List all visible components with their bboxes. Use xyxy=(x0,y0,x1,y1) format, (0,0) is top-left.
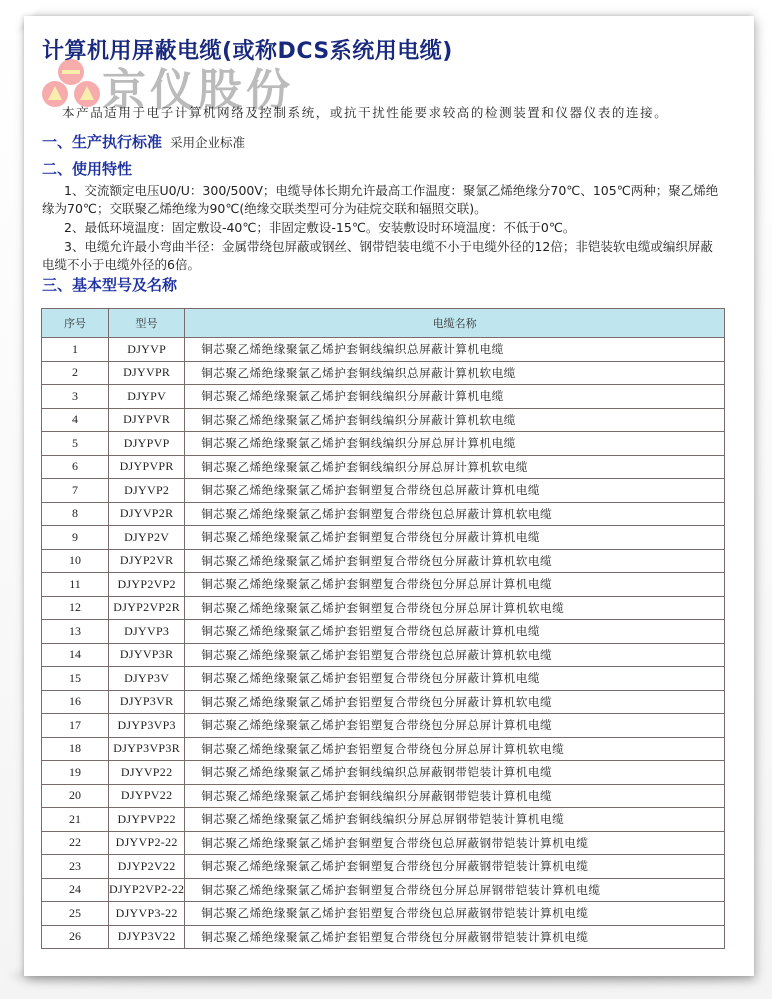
cell-no: 4 xyxy=(42,408,109,432)
cell-no: 7 xyxy=(42,479,109,503)
table-row: 7DJYVP2铜芯聚乙烯绝缘聚氯乙烯护套铜塑复合带绕包总屏蔽计算机电缆 xyxy=(42,479,725,503)
model-table: 序号 型号 电缆名称 1DJYVP铜芯聚乙烯绝缘聚氯乙烯护套铜线编织总屏蔽计算机… xyxy=(41,308,725,949)
cell-name: 铜芯聚乙烯绝缘聚氯乙烯护套铜塑复合带绕包分屏总屏计算机电缆 xyxy=(185,573,725,597)
table-row: 19DJYVP22铜芯聚乙烯绝缘聚氯乙烯护套铜线编织总屏蔽钢带铠装计算机电缆 xyxy=(42,761,725,785)
cell-name: 铜芯聚乙烯绝缘聚氯乙烯护套铜塑复合带绕包总屏蔽钢带铠装计算机电缆 xyxy=(185,831,725,855)
cell-name: 铜芯聚乙烯绝缘聚氯乙烯护套铜塑复合带绕包分屏蔽钢带铠装计算机电缆 xyxy=(185,855,725,879)
cell-model: DJYPV xyxy=(109,385,185,409)
cell-model: DJYP2VR xyxy=(109,549,185,573)
cell-no: 11 xyxy=(42,573,109,597)
table-row: 17DJYP3VP3铜芯聚乙烯绝缘聚氯乙烯护套铝塑复合带绕包分屏总屏计算机电缆 xyxy=(42,714,725,738)
cell-no: 25 xyxy=(42,902,109,926)
table-row: 8DJYVP2R铜芯聚乙烯绝缘聚氯乙烯护套铜塑复合带绕包总屏蔽计算机软电缆 xyxy=(42,502,725,526)
cell-name: 铜芯聚乙烯绝缘聚氯乙烯护套铝塑复合带绕包总屏蔽钢带铠装计算机电缆 xyxy=(185,902,725,926)
cell-name: 铜芯聚乙烯绝缘聚氯乙烯护套铝塑复合带绕包总屏蔽计算机软电缆 xyxy=(185,643,725,667)
cell-name: 铜芯聚乙烯绝缘聚氯乙烯护套铜塑复合带绕包分屏总屏计算机软电缆 xyxy=(185,596,725,620)
cell-model: DJYP2V xyxy=(109,526,185,550)
table-row: 4DJYPVR铜芯聚乙烯绝缘聚氯乙烯护套铜线编织分屏蔽计算机软电缆 xyxy=(42,408,725,432)
cell-name: 铜芯聚乙烯绝缘聚氯乙烯护套铜线编织总屏蔽计算机软电缆 xyxy=(185,361,725,385)
usage-item-text: 2、最低环境温度：固定敷设-40℃；非固定敷设-15℃。安装敷设时环境温度：不低… xyxy=(64,220,575,235)
table-row: 15DJYP3V铜芯聚乙烯绝缘聚氯乙烯护套铝塑复合带绕包分屏蔽计算机电缆 xyxy=(42,667,725,691)
cell-model: DJYP2VP2R xyxy=(109,596,185,620)
table-row: 5DJYPVP铜芯聚乙烯绝缘聚氯乙烯护套铜线编织分屏总屏计算机电缆 xyxy=(42,432,725,456)
table-row: 25DJYVP3-22铜芯聚乙烯绝缘聚氯乙烯护套铝塑复合带绕包总屏蔽钢带铠装计算… xyxy=(42,902,725,926)
usage-item-3: 3、电缆允许最小弯曲半径：金属带绕包屏蔽或钢丝、钢带铠装电缆不小于电缆外径的12… xyxy=(42,238,722,274)
table-row: 2DJYVPR铜芯聚乙烯绝缘聚氯乙烯护套铜线编织总屏蔽计算机软电缆 xyxy=(42,361,725,385)
cell-model: DJYPVP22 xyxy=(109,808,185,832)
cell-name: 铜芯聚乙烯绝缘聚氯乙烯护套铝塑复合带绕包分屏蔽钢带铠装计算机电缆 xyxy=(185,925,725,949)
table-row: 1DJYVP铜芯聚乙烯绝缘聚氯乙烯护套铜线编织总屏蔽计算机电缆 xyxy=(42,338,725,362)
cell-model: DJYPV22 xyxy=(109,784,185,808)
cell-name: 铜芯聚乙烯绝缘聚氯乙烯护套铝塑复合带绕包分屏蔽计算机电缆 xyxy=(185,667,725,691)
cell-no: 1 xyxy=(42,338,109,362)
header-no: 序号 xyxy=(42,309,109,338)
cell-no: 3 xyxy=(42,385,109,409)
cell-model: DJYP3VR xyxy=(109,690,185,714)
table-row: 18DJYP3VP3R铜芯聚乙烯绝缘聚氯乙烯护套铝塑复合带绕包分屏总屏计算机软电… xyxy=(42,737,725,761)
cell-model: DJYVP3-22 xyxy=(109,902,185,926)
table-row: 21DJYPVP22铜芯聚乙烯绝缘聚氯乙烯护套铜线编织分屏总屏钢带铠装计算机电缆 xyxy=(42,808,725,832)
cell-model: DJYVP3R xyxy=(109,643,185,667)
cell-model: DJYPVP xyxy=(109,432,185,456)
cell-name: 铜芯聚乙烯绝缘聚氯乙烯护套铝塑复合带绕包分屏蔽计算机软电缆 xyxy=(185,690,725,714)
cell-model: DJYP3VP3R xyxy=(109,737,185,761)
cell-name: 铜芯聚乙烯绝缘聚氯乙烯护套铝塑复合带绕包分屏总屏计算机软电缆 xyxy=(185,737,725,761)
usage-item-1: 1、交流额定电压U0/U：300/500V；电缆导体长期允许最高工作温度：聚氯乙… xyxy=(42,182,722,218)
cell-model: DJYP3V22 xyxy=(109,925,185,949)
cell-name: 铜芯聚乙烯绝缘聚氯乙烯护套铜塑复合带绕包分屏总屏钢带铠装计算机电缆 xyxy=(185,878,725,902)
cell-model: DJYVP22 xyxy=(109,761,185,785)
intro-paragraph: 本产品适用于电子计算机网络及控制系统，或抗干扰性能要求较高的检测装置和仪器仪表的… xyxy=(62,103,668,121)
table-row: 24DJYP2VP2-22铜芯聚乙烯绝缘聚氯乙烯护套铜塑复合带绕包分屏总屏钢带铠… xyxy=(42,878,725,902)
cell-model: DJYPVPR xyxy=(109,455,185,479)
page-title: 计算机用屏蔽电缆(或称DCS系统用电缆) xyxy=(42,34,453,65)
table-row: 6DJYPVPR铜芯聚乙烯绝缘聚氯乙烯护套铜线编织分屏总屏计算机软电缆 xyxy=(42,455,725,479)
cell-no: 8 xyxy=(42,502,109,526)
cell-no: 21 xyxy=(42,808,109,832)
cell-no: 26 xyxy=(42,925,109,949)
table-row: 12DJYP2VP2R铜芯聚乙烯绝缘聚氯乙烯护套铜塑复合带绕包分屏总屏计算机软电… xyxy=(42,596,725,620)
cell-name: 铜芯聚乙烯绝缘聚氯乙烯护套铜塑复合带绕包总屏蔽计算机软电缆 xyxy=(185,502,725,526)
cell-name: 铜芯聚乙烯绝缘聚氯乙烯护套铜塑复合带绕包分屏蔽计算机电缆 xyxy=(185,526,725,550)
cell-model: DJYP2V22 xyxy=(109,855,185,879)
usage-item-text: 3、电缆允许最小弯曲半径：金属带绕包屏蔽或钢丝、钢带铠装电缆不小于电缆外径的12… xyxy=(42,239,713,272)
cell-name: 铜芯聚乙烯绝缘聚氯乙烯护套铜塑复合带绕包分屏蔽计算机软电缆 xyxy=(185,549,725,573)
cell-no: 20 xyxy=(42,784,109,808)
cell-no: 13 xyxy=(42,620,109,644)
usage-item-2: 2、最低环境温度：固定敷设-40℃；非固定敷设-15℃。安装敷设时环境温度：不低… xyxy=(42,219,722,237)
header-name: 电缆名称 xyxy=(185,309,725,338)
cell-name: 铜芯聚乙烯绝缘聚氯乙烯护套铜塑复合带绕包总屏蔽计算机电缆 xyxy=(185,479,725,503)
cell-model: DJYVP2R xyxy=(109,502,185,526)
cell-no: 9 xyxy=(42,526,109,550)
section-heading-standard: 一、生产执行标准采用企业标准 xyxy=(42,131,245,152)
cell-no: 16 xyxy=(42,690,109,714)
table-row: 9DJYP2V铜芯聚乙烯绝缘聚氯乙烯护套铜塑复合带绕包分屏蔽计算机电缆 xyxy=(42,526,725,550)
header-model: 型号 xyxy=(109,309,185,338)
table-row: 10DJYP2VR铜芯聚乙烯绝缘聚氯乙烯护套铜塑复合带绕包分屏蔽计算机软电缆 xyxy=(42,549,725,573)
table-row: 23DJYP2V22铜芯聚乙烯绝缘聚氯乙烯护套铜塑复合带绕包分屏蔽钢带铠装计算机… xyxy=(42,855,725,879)
table-row: 16DJYP3VR铜芯聚乙烯绝缘聚氯乙烯护套铝塑复合带绕包分屏蔽计算机软电缆 xyxy=(42,690,725,714)
cell-no: 6 xyxy=(42,455,109,479)
cell-model: DJYVP3 xyxy=(109,620,185,644)
cell-name: 铜芯聚乙烯绝缘聚氯乙烯护套铜线编织分屏总屏钢带铠装计算机电缆 xyxy=(185,808,725,832)
cell-model: DJYVP2-22 xyxy=(109,831,185,855)
cell-no: 22 xyxy=(42,831,109,855)
cell-no: 23 xyxy=(42,855,109,879)
cell-no: 5 xyxy=(42,432,109,456)
cell-model: DJYVP xyxy=(109,338,185,362)
cell-no: 12 xyxy=(42,596,109,620)
section-heading-label: 一、生产执行标准 xyxy=(42,133,162,151)
cell-model: DJYP3VP3 xyxy=(109,714,185,738)
cell-model: DJYP2VP2 xyxy=(109,573,185,597)
cell-no: 17 xyxy=(42,714,109,738)
section-heading-models: 三、基本型号及名称 xyxy=(42,274,177,295)
cell-no: 18 xyxy=(42,737,109,761)
cell-no: 14 xyxy=(42,643,109,667)
cell-name: 铜芯聚乙烯绝缘聚氯乙烯护套铜线编织总屏蔽钢带铠装计算机电缆 xyxy=(185,761,725,785)
section-heading-label: 三、基本型号及名称 xyxy=(42,276,177,294)
table-row: 13DJYVP3铜芯聚乙烯绝缘聚氯乙烯护套铝塑复合带绕包总屏蔽计算机电缆 xyxy=(42,620,725,644)
cell-model: DJYP3V xyxy=(109,667,185,691)
table-row: 22DJYVP2-22铜芯聚乙烯绝缘聚氯乙烯护套铜塑复合带绕包总屏蔽钢带铠装计算… xyxy=(42,831,725,855)
table-row: 20DJYPV22铜芯聚乙烯绝缘聚氯乙烯护套铜线编织分屏蔽钢带铠装计算机电缆 xyxy=(42,784,725,808)
cell-name: 铜芯聚乙烯绝缘聚氯乙烯护套铜线编织分屏总屏计算机电缆 xyxy=(185,432,725,456)
cell-model: DJYP2VP2-22 xyxy=(109,878,185,902)
cell-no: 19 xyxy=(42,761,109,785)
cell-no: 24 xyxy=(42,878,109,902)
cell-name: 铜芯聚乙烯绝缘聚氯乙烯护套铜线编织分屏蔽计算机软电缆 xyxy=(185,408,725,432)
cell-name: 铜芯聚乙烯绝缘聚氯乙烯护套铜线编织总屏蔽计算机电缆 xyxy=(185,338,725,362)
cell-no: 2 xyxy=(42,361,109,385)
section-note: 采用企业标准 xyxy=(170,135,245,150)
section-heading-label: 二、使用特性 xyxy=(42,160,132,178)
table-row: 3DJYPV铜芯聚乙烯绝缘聚氯乙烯护套铜线编织分屏蔽计算机电缆 xyxy=(42,385,725,409)
cell-name: 铜芯聚乙烯绝缘聚氯乙烯护套铜线编织分屏蔽钢带铠装计算机电缆 xyxy=(185,784,725,808)
cell-model: DJYVPR xyxy=(109,361,185,385)
cell-name: 铜芯聚乙烯绝缘聚氯乙烯护套铝塑复合带绕包分屏总屏计算机电缆 xyxy=(185,714,725,738)
cell-no: 15 xyxy=(42,667,109,691)
table-row: 26DJYP3V22铜芯聚乙烯绝缘聚氯乙烯护套铝塑复合带绕包分屏蔽钢带铠装计算机… xyxy=(42,925,725,949)
table-row: 14DJYVP3R铜芯聚乙烯绝缘聚氯乙烯护套铝塑复合带绕包总屏蔽计算机软电缆 xyxy=(42,643,725,667)
cell-model: DJYPVR xyxy=(109,408,185,432)
cell-model: DJYVP2 xyxy=(109,479,185,503)
cell-no: 10 xyxy=(42,549,109,573)
table-row: 11DJYP2VP2铜芯聚乙烯绝缘聚氯乙烯护套铜塑复合带绕包分屏总屏计算机电缆 xyxy=(42,573,725,597)
cell-name: 铜芯聚乙烯绝缘聚氯乙烯护套铜线编织分屏总屏计算机软电缆 xyxy=(185,455,725,479)
table-header-row: 序号 型号 电缆名称 xyxy=(42,309,725,338)
usage-item-text: 1、交流额定电压U0/U：300/500V；电缆导体长期允许最高工作温度：聚氯乙… xyxy=(42,183,718,216)
section-heading-usage: 二、使用特性 xyxy=(42,158,132,179)
cell-name: 铜芯聚乙烯绝缘聚氯乙烯护套铜线编织分屏蔽计算机电缆 xyxy=(185,385,725,409)
cell-name: 铜芯聚乙烯绝缘聚氯乙烯护套铝塑复合带绕包总屏蔽计算机电缆 xyxy=(185,620,725,644)
